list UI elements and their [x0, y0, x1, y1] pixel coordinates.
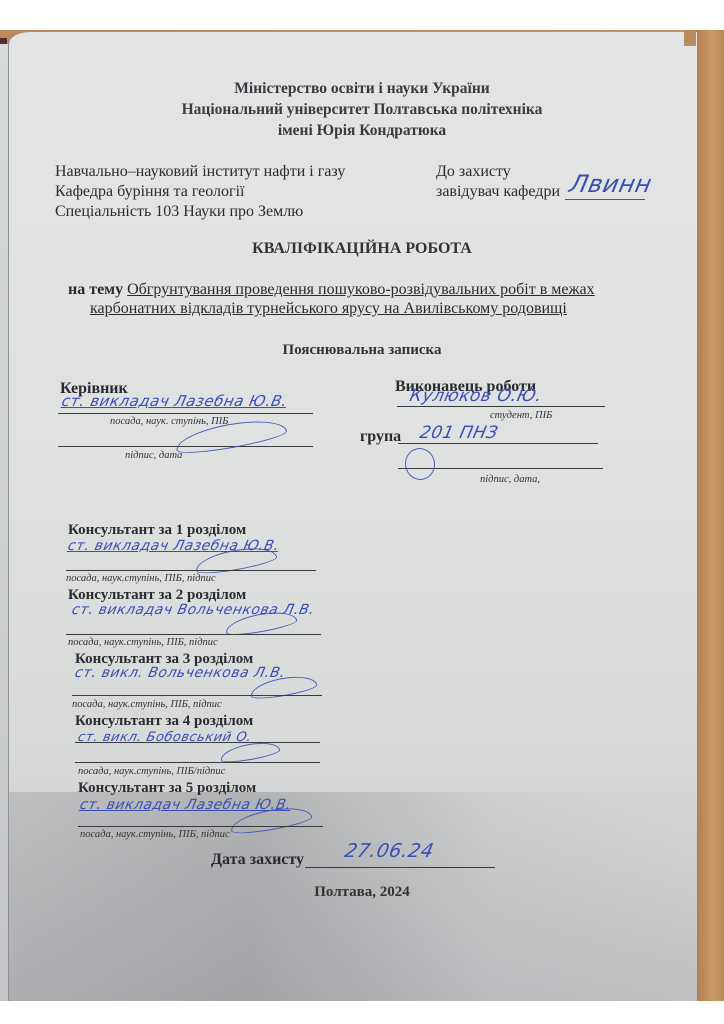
topic-line-1: на тему Обгрунтування проведення пошуков… [68, 281, 595, 299]
student-name-caption: студент, ПІБ [490, 410, 552, 421]
student-handwritten-group: 201 ПНЗ [418, 423, 500, 443]
subtitle: Пояснювальна записка [0, 342, 724, 359]
consultant-4-caption: посада, наук.ступінь, ПІБ/підпис [78, 766, 225, 777]
defense-date-line [305, 867, 495, 868]
consultant-5-caption: посада, наук.ступінь, ПІБ, підпис [80, 829, 230, 840]
to-defense-label: До захисту [436, 163, 511, 181]
consultant-5-handwritten: ст. викладач Лазебна Ю.В. [78, 797, 293, 813]
student-name-line [397, 406, 605, 407]
consultant-3-handwritten: ст. викл. Вольченкова Л.В. [73, 665, 287, 681]
department-head-label: завідувач кафедри [436, 183, 560, 201]
consultant-3-caption: посада, наук.ступінь, ПІБ, підпис [72, 699, 222, 710]
consultant-2-caption: посада, наук.ступінь, ПІБ, підпис [68, 637, 218, 648]
supervisor-signature-caption: підпис, дата [125, 450, 182, 461]
consultant-5-label: Консультант за 5 розділом [78, 780, 256, 797]
group-line [398, 443, 598, 444]
wooden-table-edge [696, 30, 724, 1001]
consultant-4-label: Консультант за 4 розділом [75, 713, 253, 730]
document-title: КВАЛІФІКАЦІЙНА РОБОТА [0, 240, 724, 258]
consultant-3-line [72, 695, 322, 696]
consultant-1-line [66, 570, 316, 571]
head-signature-line [565, 199, 645, 200]
wooden-table-notch [684, 30, 696, 46]
university-heading: Національний університет Полтавська полі… [0, 101, 724, 119]
supervisor-position-caption: посада, наук. ступінь, ПІБ [110, 416, 228, 427]
supervisor-handwritten: ст. викладач Лазебна Ю.В. [60, 392, 289, 410]
topic-label: на тему [68, 281, 123, 298]
defense-date-handwritten: 27.06.24 [343, 840, 436, 862]
supervisor-position-line [58, 413, 313, 414]
department-label: Кафедра буріння та геології [55, 183, 245, 201]
consultant-1-label: Консультант за 1 розділом [68, 522, 246, 539]
defense-date-label: Дата захисту [211, 851, 304, 869]
consultant-1-caption: посада, наук.ступінь, ПІБ, підпис [66, 573, 216, 584]
city-year-footer: Полтава, 2024 [0, 884, 724, 901]
specialty-label: Спеціальність 103 Науки про Землю [55, 203, 303, 221]
ministry-heading: Міністерство освіти і науки України [0, 80, 724, 98]
group-label: група [360, 428, 401, 446]
consultant-4-line-1 [75, 742, 320, 743]
consultant-4-line-2 [75, 762, 320, 763]
consultant-2-line [66, 634, 321, 635]
topic-text-2: карбонатних відкладів турнейського ярусу… [90, 300, 567, 318]
topic-text-1: Обгрунтування проведення пошуково-розвід… [127, 281, 595, 298]
institute-label: Навчально–науковий інститут нафти і газу [55, 163, 345, 181]
university-name-heading: імені Юрія Кондратюка [0, 122, 724, 140]
student-signature-caption: підпис, дата, [480, 474, 540, 485]
student-handwritten-name: Кулюков О.Ю. [408, 386, 544, 406]
consultant-5-line [78, 826, 323, 827]
head-signature: Лвинн [567, 170, 655, 198]
